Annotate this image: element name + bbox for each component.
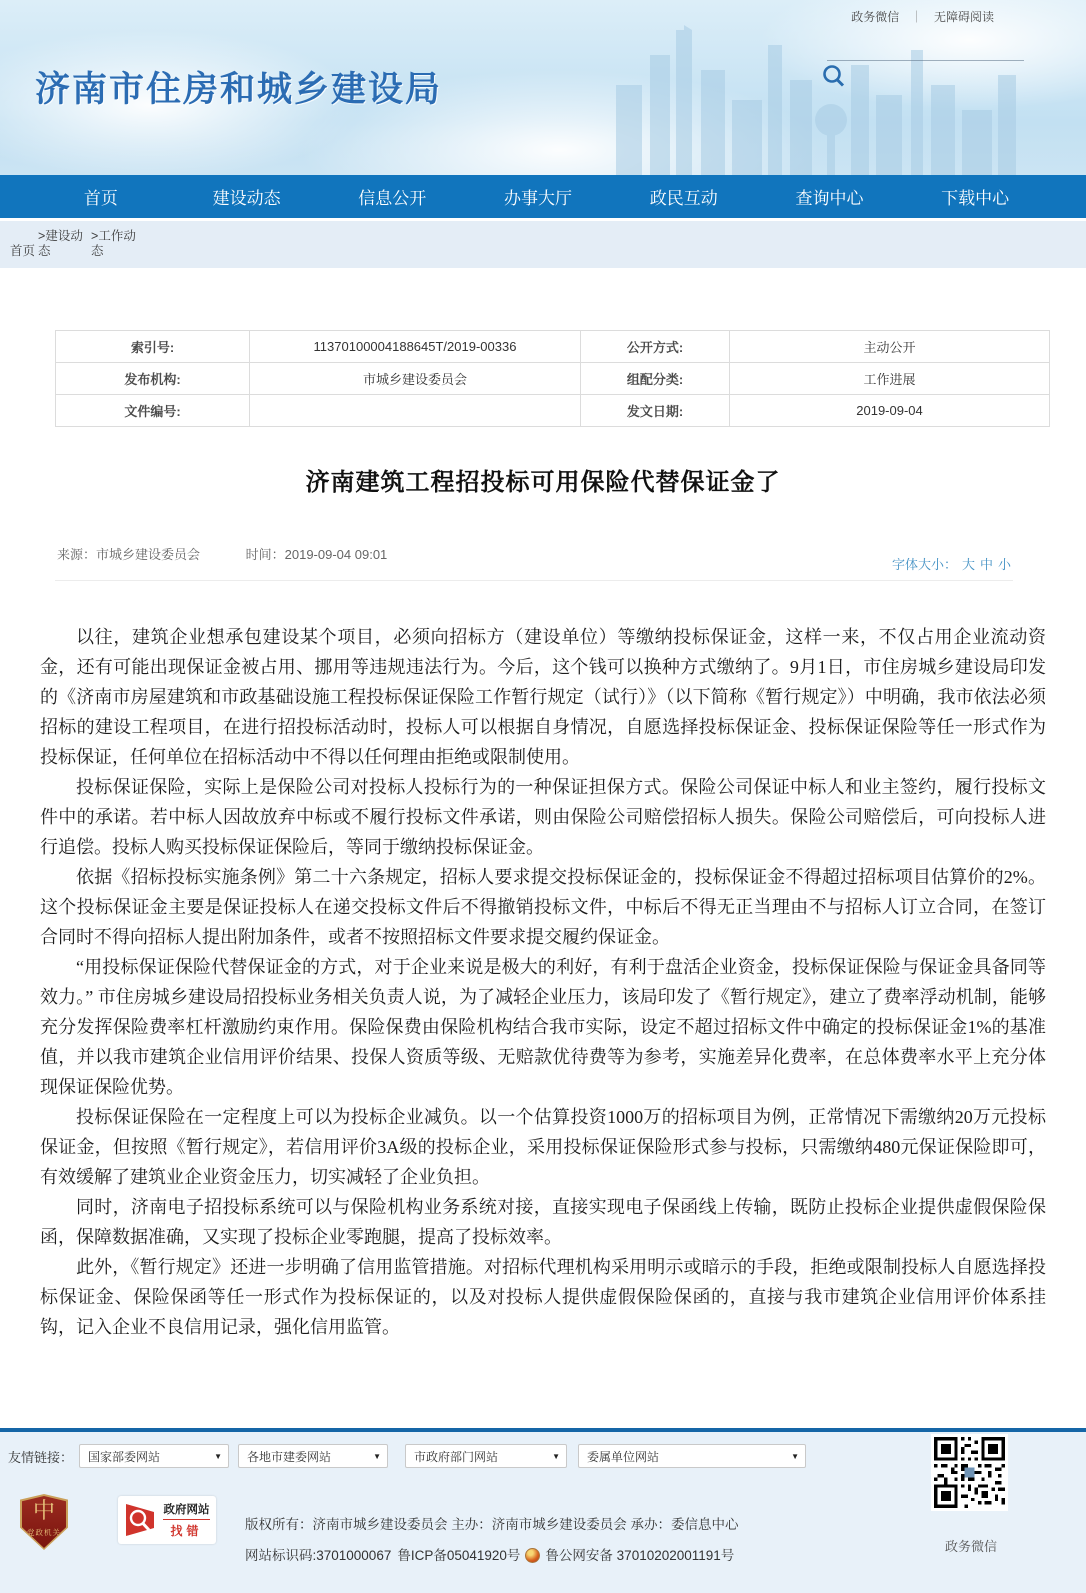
issuing-agency-label: 发布机构: xyxy=(56,363,250,395)
site-title: 济南市住房和城乡建设局 xyxy=(35,62,442,112)
chevron-down-icon: ▼ xyxy=(552,1452,560,1461)
article-time: 时间：2019-09-04 09:01 xyxy=(246,547,388,562)
document-info-table: 索引号: 11370100004188645T/2019-00336 公开方式:… xyxy=(55,330,1050,427)
table-row: 文件编号: 发文日期: 2019-09-04 xyxy=(56,395,1050,427)
article-source: 来源：市城乡建设委员会 xyxy=(57,547,200,562)
table-row: 索引号: 11370100004188645T/2019-00336 公开方式:… xyxy=(56,331,1050,363)
nav-item-home[interactable]: 首页 xyxy=(28,184,174,209)
table-row: 发布机构: 市城乡建设委员会 组配分类: 工作进展 xyxy=(56,363,1050,395)
font-size-label: 字体大小： xyxy=(892,557,957,572)
error-report-bottom-label: 找错 xyxy=(163,1522,210,1539)
chevron-down-icon: ▼ xyxy=(791,1452,799,1461)
category-value: 工作进展 xyxy=(730,363,1050,395)
article-paragraph: 同时，济南电子招投标系统可以与保险机构业务系统对接，直接实现电子保函线上传输，既… xyxy=(40,1192,1046,1252)
issuing-agency-value: 市城乡建设委员会 xyxy=(250,363,581,395)
article-title: 济南建筑工程招投标可用保险代替保证金了 xyxy=(0,462,1086,497)
dropdown-value: 市政府部门网站 xyxy=(414,1448,498,1465)
article-body: 以往，建筑企业想承包建设某个项目，必须向招标方（建设单位）等缴纳投标保证金，这样… xyxy=(40,622,1046,1342)
icp-number[interactable]: 鲁ICP备05041920号 xyxy=(397,1540,520,1571)
article-paragraph: 投标保证保险在一定程度上可以为投标企业减负。以一个估算投资1000万的招标项目为… xyxy=(40,1102,1046,1192)
dropdown-city-construction-committees[interactable]: 各地市建委网站 ▼ xyxy=(238,1444,388,1468)
website-error-report-badge[interactable]: 政府网站 找错 xyxy=(118,1496,216,1544)
search-input[interactable] xyxy=(827,40,1024,61)
accessibility-link[interactable]: 无障碍阅读 xyxy=(934,10,994,24)
badge-label: 党政机关 xyxy=(22,1527,66,1538)
wechat-qr-code xyxy=(931,1434,1008,1511)
publish-date-value: 2019-09-04 xyxy=(730,395,1050,427)
document-number-value xyxy=(250,395,581,427)
font-size-large-button[interactable]: 大 xyxy=(962,557,975,572)
article-meta-bar: 来源：市城乡建设委员会 时间：2019-09-04 09:01 字体大小：大中小 xyxy=(55,538,1013,581)
nav-item-public-interaction[interactable]: 政民互动 xyxy=(611,184,757,209)
index-number-value: 11370100004188645T/2019-00336 xyxy=(250,331,581,363)
nav-item-query-center[interactable]: 查询中心 xyxy=(757,184,903,209)
article-paragraph: 依据《招标投标实施条例》第二十六条规定，招标人要求提交投标保证金的，投标保证金不… xyxy=(40,862,1046,952)
page: { "topbar": { "wechat": "政务微信", "divider… xyxy=(0,0,1086,1593)
nav-item-download-center[interactable]: 下载中心 xyxy=(902,184,1048,209)
copyright-block: 版权所有：济南市城乡建设委员会 主办：济南市城乡建设委员会 承办：委信息中心 网… xyxy=(245,1509,739,1571)
dropdown-value: 国家部委网站 xyxy=(88,1448,160,1465)
article-paragraph: 以往，建筑企业想承包建设某个项目，必须向招标方（建设单位）等缴纳投标保证金，这样… xyxy=(40,622,1046,772)
dropdown-affiliated-units[interactable]: 委属单位网站 ▼ xyxy=(578,1444,806,1468)
registration-line: 网站标识码:3701000067 鲁ICP备05041920号 鲁公网安备 37… xyxy=(245,1540,739,1571)
friend-links-row: 友情链接： 国家部委网站 ▼ 各地市建委网站 ▼ 市政府部门网站 ▼ 委属单位网… xyxy=(8,1444,815,1468)
error-report-magnifier-icon xyxy=(124,1502,158,1538)
nav-item-service-hall[interactable]: 办事大厅 xyxy=(465,184,611,209)
error-report-text: 政府网站 找错 xyxy=(163,1501,210,1539)
search-area xyxy=(827,40,1022,61)
party-government-badge-inner: 中 党政机关 xyxy=(22,1496,66,1548)
error-report-top-label: 政府网站 xyxy=(163,1501,210,1520)
breadcrumb: 首页>建设动态>工作动态 xyxy=(0,221,1086,268)
friend-links-label: 友情链接： xyxy=(8,1447,73,1466)
header-banner: 政务微信 ｜ 无障碍阅读 济南市住房和城乡建设局 xyxy=(0,0,1086,175)
topbar-links: 政务微信 ｜ 无障碍阅读 xyxy=(851,8,994,25)
document-number-label: 文件编号: xyxy=(56,395,250,427)
badge-emblem: 中 xyxy=(22,1496,66,1526)
article-paragraph: “用投标保证保险代替保证金的方式，对于企业来说是极大的利好，有利于盘活企业资金，… xyxy=(40,952,1046,1102)
font-size-medium-button[interactable]: 中 xyxy=(980,557,993,572)
topbar-divider: ｜ xyxy=(911,10,923,24)
main-nav: 首页 建设动态 信息公开 办事大厅 政民互动 查询中心 下载中心 xyxy=(0,175,1086,218)
public-security-badge-icon xyxy=(525,1548,540,1563)
main-nav-items: 首页 建设动态 信息公开 办事大厅 政民互动 查询中心 下载中心 xyxy=(28,184,1048,209)
breadcrumb-work-news[interactable]: >工作动态 xyxy=(91,229,141,259)
font-size-small-button[interactable]: 小 xyxy=(998,557,1011,572)
gov-wechat-link[interactable]: 政务微信 xyxy=(851,10,899,24)
search-icon[interactable] xyxy=(819,62,849,92)
site-code: 网站标识码:3701000067 xyxy=(245,1540,391,1571)
disclosure-method-label: 公开方式: xyxy=(581,331,730,363)
wechat-qr-label: 政务微信 xyxy=(936,1536,1006,1555)
nav-item-construction-news[interactable]: 建设动态 xyxy=(174,184,320,209)
chevron-down-icon: ▼ xyxy=(214,1452,222,1461)
font-size-control: 字体大小：大中小 xyxy=(892,554,1011,573)
security-number[interactable]: 鲁公网安备 37010202001191号 xyxy=(545,1540,734,1571)
publish-date-label: 发文日期: xyxy=(581,395,730,427)
chevron-down-icon: ▼ xyxy=(373,1452,381,1461)
breadcrumb-home[interactable]: 首页 xyxy=(10,244,35,258)
breadcrumb-construction-news[interactable]: >建设动态 xyxy=(38,229,88,259)
dropdown-municipal-departments[interactable]: 市政府部门网站 ▼ xyxy=(405,1444,567,1468)
category-label: 组配分类: xyxy=(581,363,730,395)
party-government-badge: 中 党政机关 xyxy=(20,1494,68,1550)
dropdown-value: 委属单位网站 xyxy=(587,1448,659,1465)
disclosure-method-value: 主动公开 xyxy=(730,331,1050,363)
index-number-label: 索引号: xyxy=(56,331,250,363)
copyright-line: 版权所有：济南市城乡建设委员会 主办：济南市城乡建设委员会 承办：委信息中心 xyxy=(245,1509,739,1540)
footer: 友情链接： 国家部委网站 ▼ 各地市建委网站 ▼ 市政府部门网站 ▼ 委属单位网… xyxy=(0,1428,1086,1593)
article-meta: 来源：市城乡建设委员会 时间：2019-09-04 09:01 xyxy=(57,544,387,563)
nav-item-info-disclosure[interactable]: 信息公开 xyxy=(319,184,465,209)
article-paragraph: 投标保证保险，实际上是保险公司对投标人投标行为的一种保证担保方式。保险公司保证中… xyxy=(40,772,1046,862)
dropdown-value: 各地市建委网站 xyxy=(247,1448,331,1465)
article-paragraph: 此外，《暂行规定》还进一步明确了信用监管措施。对招标代理机构采用明示或暗示的手段… xyxy=(40,1252,1046,1342)
dropdown-national-ministries[interactable]: 国家部委网站 ▼ xyxy=(79,1444,229,1468)
